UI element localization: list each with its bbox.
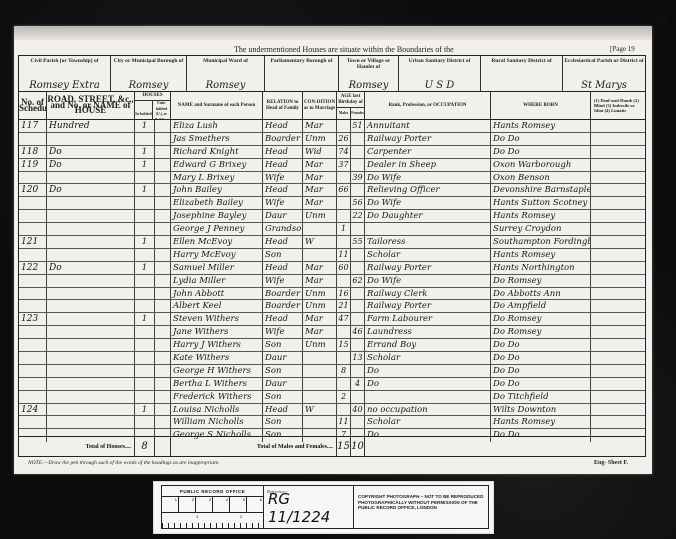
road-name: Do	[47, 184, 135, 196]
road-name	[47, 236, 135, 248]
road-name	[47, 249, 135, 261]
table-row: Frederick WithersSon2Do Titchfield	[19, 391, 645, 404]
person-name: Bertha L Withers	[171, 378, 263, 390]
age-female	[351, 288, 365, 300]
occupation: Errand Boy	[365, 339, 491, 351]
infirmity	[591, 133, 645, 145]
infirmity	[591, 313, 645, 325]
inhabited-count	[135, 352, 155, 364]
relation: Wife	[263, 326, 303, 338]
occupation: Relieving Officer	[365, 184, 491, 196]
col-uninhabited: Unin-habited (U.), or Building (B.)	[153, 101, 170, 119]
age-male	[337, 197, 351, 209]
road-name: Hundred	[47, 120, 135, 132]
age-female: 46	[351, 326, 365, 338]
infirmity	[591, 288, 645, 300]
age-male: 26	[337, 133, 351, 145]
occupation: Annuitant	[365, 120, 491, 132]
town-value: Romsey	[339, 83, 398, 89]
age-female	[351, 313, 365, 325]
road-name	[47, 404, 135, 416]
age-male	[337, 326, 351, 338]
age-male: 37	[337, 159, 351, 171]
inhabited-count	[135, 275, 155, 287]
urban-sanitary-value: U S D	[399, 83, 480, 89]
birthplace: Oxon Warborough	[491, 159, 591, 171]
age-male: 21	[337, 300, 351, 312]
table-row: 1211Ellen McEvoyHeadW55TailoressSouthamp…	[19, 236, 645, 249]
schedule-number: 123	[19, 313, 47, 325]
person-name: Jane Withers	[171, 326, 263, 338]
occupation: Do Wife	[365, 197, 491, 209]
person-name: Edward G Brixey	[171, 159, 263, 171]
table-row: Bertha L WithersDaur4DoDo Do	[19, 378, 645, 391]
schedule-number	[19, 326, 47, 338]
inhabited-count: 1	[135, 404, 155, 416]
infirmity	[591, 416, 645, 428]
col-occupation: Rank, Profession, or OCCUPATION	[365, 92, 491, 119]
age-male	[337, 404, 351, 416]
inhabited-count	[135, 210, 155, 222]
marital-condition: Mar	[303, 197, 337, 209]
col-schedule: No. of Schedule	[19, 92, 47, 119]
birthplace: Hants Romsey	[491, 249, 591, 261]
age-male: 74	[337, 146, 351, 158]
marital-condition	[303, 352, 337, 364]
person-name: John Abbott	[171, 288, 263, 300]
relation: Head	[263, 159, 303, 171]
relation: Head	[263, 313, 303, 325]
uninhabited-count	[155, 172, 171, 184]
schedule-number	[19, 365, 47, 377]
col-age: AGE last Birthday of Males Females	[337, 92, 365, 119]
birthplace: Surrey Croydon	[491, 223, 591, 235]
occupation: no occupation	[365, 404, 491, 416]
ward-value: Romsey	[187, 83, 264, 89]
road-name	[47, 352, 135, 364]
schedule-number	[19, 275, 47, 287]
birthplace: Wilts Downton	[491, 404, 591, 416]
schedule-number	[19, 197, 47, 209]
person-name: Richard Knight	[171, 146, 263, 158]
road-name	[47, 313, 135, 325]
age-male: 60	[337, 262, 351, 274]
birthplace: Do Romsey	[491, 275, 591, 287]
marital-condition: W	[303, 404, 337, 416]
occupation: Scholar	[365, 249, 491, 261]
relation: Son	[263, 416, 303, 428]
infirmity	[591, 365, 645, 377]
total-houses-value: 8	[141, 441, 147, 452]
inhabited-count: 1	[135, 184, 155, 196]
header-civil-parish: Civil Parish [or Township] of Romsey Ext…	[19, 56, 111, 91]
header-town: Town or Village or Hamlet of Romsey	[339, 56, 399, 91]
table-row: 1231Steven WithersHeadMar47Farm Labourer…	[19, 313, 645, 326]
age-male: 66	[337, 184, 351, 196]
schedule-number: 118	[19, 146, 47, 158]
infirmity	[591, 352, 645, 364]
road-name	[47, 391, 135, 403]
birthplace: Do Do	[491, 146, 591, 158]
birthplace: Do Romsey	[491, 313, 591, 325]
age-female	[351, 416, 365, 428]
occupation: Laundress	[365, 326, 491, 338]
uninhabited-count	[155, 288, 171, 300]
person-name: Louisa Nicholls	[171, 404, 263, 416]
schedule-number	[19, 391, 47, 403]
uninhabited-count	[155, 300, 171, 312]
marital-condition: Unm	[303, 210, 337, 222]
ecclesiastical-parish-value: St Marys	[563, 83, 645, 89]
inhabited-count	[135, 339, 155, 351]
cm-scale: 1 2 3 4 5 6	[162, 497, 263, 513]
person-name: Harry J Withers	[171, 339, 263, 351]
marital-condition: Mar	[303, 159, 337, 171]
borough-value: Romsey	[111, 83, 186, 89]
marital-condition: Unm	[303, 133, 337, 145]
inhabited-count: 1	[135, 262, 155, 274]
occupation: Tailoress	[365, 236, 491, 248]
table-row: George H WithersSon8DoDo Do	[19, 365, 645, 378]
occupation: Railway Porter	[365, 300, 491, 312]
schedule-number	[19, 210, 47, 222]
inhabited-count	[135, 365, 155, 377]
inhabited-count	[135, 172, 155, 184]
road-name	[47, 300, 135, 312]
infirmity	[591, 249, 645, 261]
infirmity	[591, 339, 645, 351]
person-name: William Nicholls	[171, 416, 263, 428]
col-condition: CON-DITION as to Marriage	[303, 92, 337, 119]
schedule-number	[19, 249, 47, 261]
table-row: Elizabeth BaileyWifeMar56Do WifeHants Su…	[19, 197, 645, 210]
inhabited-count: 1	[135, 313, 155, 325]
header-borough: City or Municipal Borough of Romsey	[111, 56, 187, 91]
uninhabited-count	[155, 391, 171, 403]
census-table: No. of Schedule ROAD, STREET, &c., and N…	[18, 91, 646, 437]
inhabited-count	[135, 300, 155, 312]
uninhabited-count	[155, 404, 171, 416]
schedule-number	[19, 133, 47, 145]
marital-condition	[303, 365, 337, 377]
marital-condition: Mar	[303, 120, 337, 132]
road-name: Do	[47, 262, 135, 274]
infirmity	[591, 300, 645, 312]
birthplace: Do Romsey	[491, 326, 591, 338]
infirmity	[591, 391, 645, 403]
inch-scale: 1 2	[162, 513, 263, 528]
person-name: Elizabeth Bailey	[171, 197, 263, 209]
census-sheet: The undermentioned Houses are situate wi…	[14, 26, 652, 474]
schedule-number	[19, 416, 47, 428]
inhabited-count	[135, 288, 155, 300]
schedule-number	[19, 223, 47, 235]
person-name: Albert Keel	[171, 300, 263, 312]
age-female	[351, 184, 365, 196]
table-row: Jas SmethersBoarderUnm26Railway PorterDo…	[19, 133, 645, 146]
birthplace: Do Abbotts Ann	[491, 288, 591, 300]
age-male	[337, 236, 351, 248]
birthplace: Do Titchfield	[491, 391, 591, 403]
infirmity	[591, 146, 645, 158]
age-male	[337, 352, 351, 364]
table-row: William NichollsSon11ScholarHants Romsey	[19, 416, 645, 429]
infirmity	[591, 172, 645, 184]
person-name: John Bailey	[171, 184, 263, 196]
occupation	[365, 391, 491, 403]
marital-condition: Mar	[303, 184, 337, 196]
schedule-number	[19, 300, 47, 312]
totals-row: Total of Houses.... 8 Total of Males and…	[18, 437, 646, 457]
age-female: 22	[351, 210, 365, 222]
marital-condition: Unm	[303, 300, 337, 312]
census-rows: 117Hundred1Eliza LushHeadMar51AnnuitantH…	[19, 120, 645, 442]
birthplace: Hants Sutton Scotney	[491, 197, 591, 209]
header-urban-sanitary: Urban Sanitary District of U S D	[399, 56, 481, 91]
infirmity	[591, 378, 645, 390]
infirmity	[591, 197, 645, 209]
sheet-edge	[14, 26, 652, 40]
road-name	[47, 197, 135, 209]
occupation: Scholar	[365, 416, 491, 428]
col-name: NAME and Surname of each Person	[171, 92, 263, 119]
uninhabited-count	[155, 365, 171, 377]
age-female: 39	[351, 172, 365, 184]
marital-condition: W	[303, 236, 337, 248]
sheet-code: Eng- Sheet F.	[594, 460, 628, 466]
total-persons-label: Total of Males and Females....	[171, 437, 337, 456]
age-male	[337, 275, 351, 287]
schedule-number: 119	[19, 159, 47, 171]
road-name	[47, 172, 135, 184]
col-females: Females	[351, 108, 364, 119]
person-name: Eliza Lush	[171, 120, 263, 132]
birthplace: Do Do	[491, 133, 591, 145]
age-male: 15	[337, 339, 351, 351]
table-row: John AbbottBoarderUnm16Railway ClerkDo A…	[19, 288, 645, 301]
copyright-notice: COPYRIGHT PHOTOGRAPH – NOT TO BE REPRODU…	[354, 486, 488, 528]
uninhabited-count	[155, 339, 171, 351]
table-row: Harry McEvoySon11ScholarHants Romsey	[19, 249, 645, 262]
relation: Son	[263, 339, 303, 351]
age-female: 4	[351, 378, 365, 390]
civil-parish-value: Romsey Extra	[19, 83, 110, 89]
relation: Boarder	[263, 133, 303, 145]
person-name: George H Withers	[171, 365, 263, 377]
inhabited-count: 1	[135, 120, 155, 132]
infirmity	[591, 236, 645, 248]
inhabited-count	[135, 391, 155, 403]
relation: Wife	[263, 197, 303, 209]
relation: Son	[263, 249, 303, 261]
age-male: 11	[337, 416, 351, 428]
schedule-number	[19, 339, 47, 351]
age-female: 56	[351, 197, 365, 209]
birthplace: Do Do	[491, 352, 591, 364]
birthplace: Southampton Fordingbridge	[491, 236, 591, 248]
age-female	[351, 365, 365, 377]
table-row: Mary L BrixeyWifeMar39Do WifeOxon Benson	[19, 172, 645, 185]
table-row: Josephine BayleyDaurUnm22Do DaughterHant…	[19, 210, 645, 223]
relation: Son	[263, 391, 303, 403]
birthplace: Hants Romsey	[491, 210, 591, 222]
schedule-number: 117	[19, 120, 47, 132]
occupation: Railway Porter	[365, 262, 491, 274]
road-name	[47, 288, 135, 300]
marital-condition	[303, 249, 337, 261]
relation: Head	[263, 404, 303, 416]
road-name	[47, 339, 135, 351]
schedule-number: 124	[19, 404, 47, 416]
marital-condition: Wid	[303, 146, 337, 158]
inhabited-count	[135, 223, 155, 235]
age-male	[337, 378, 351, 390]
birthplace: Hants Northington	[491, 262, 591, 274]
relation: Wife	[263, 275, 303, 287]
road-name	[47, 223, 135, 235]
col-males: Males	[337, 108, 351, 119]
marital-condition: Unm	[303, 339, 337, 351]
person-name: Kate Withers	[171, 352, 263, 364]
marital-condition: Mar	[303, 275, 337, 287]
inhabited-count	[135, 249, 155, 261]
road-name	[47, 133, 135, 145]
age-male: 8	[337, 365, 351, 377]
total-females: 10	[351, 441, 364, 452]
birthplace: Do Do	[491, 339, 591, 351]
uninhabited-count	[155, 262, 171, 274]
header-ecclesiastical-parish: Ecclesiastical Parish or District of St …	[563, 56, 645, 91]
relation: Son	[263, 365, 303, 377]
relation: Grandson	[263, 223, 303, 235]
occupation: Do Daughter	[365, 210, 491, 222]
inhabited-count	[135, 197, 155, 209]
person-name: Steven Withers	[171, 313, 263, 325]
relation: Boarder	[263, 300, 303, 312]
birthplace: Hants Romsey	[491, 120, 591, 132]
inhabited-count	[135, 133, 155, 145]
col-road: ROAD, STREET, &c., and No. or NAME of HO…	[47, 92, 135, 119]
marital-condition	[303, 391, 337, 403]
age-female	[351, 146, 365, 158]
table-row: Harry J WithersSonUnm15Errand BoyDo Do	[19, 339, 645, 352]
birthplace: Do Ampfield	[491, 300, 591, 312]
uninhabited-count	[155, 249, 171, 261]
total-houses-label: Total of Houses....	[19, 437, 135, 456]
person-name: George J Penney	[171, 223, 263, 235]
uninhabited-count	[155, 378, 171, 390]
col-infirmity: (1) Deaf-and-Dumb (2) Blind (3) Imbecile…	[591, 92, 645, 119]
relation: Head	[263, 262, 303, 274]
person-name: Jas Smethers	[171, 133, 263, 145]
occupation: Scholar	[365, 352, 491, 364]
col-where-born: WHERE BORN	[491, 92, 591, 119]
instruction-note: NOTE.—Draw the pen through such of the w…	[28, 460, 220, 466]
uninhabited-count	[155, 197, 171, 209]
header-ward: Municipal Ward of Romsey	[187, 56, 265, 91]
person-name: Samuel Miller	[171, 262, 263, 274]
table-row: 118Do1Richard KnightHeadWid74CarpenterDo…	[19, 146, 645, 159]
age-female	[351, 391, 365, 403]
infirmity	[591, 326, 645, 338]
inhabited-count: 1	[135, 146, 155, 158]
col-inhabited: In-habited	[135, 101, 153, 119]
uninhabited-count	[155, 120, 171, 132]
table-row: George J PenneyGrandson1Surrey Croydon	[19, 223, 645, 236]
marital-condition: Mar	[303, 313, 337, 325]
occupation: Do	[365, 378, 491, 390]
age-male: 11	[337, 249, 351, 261]
road-name	[47, 326, 135, 338]
birthplace: Do Do	[491, 365, 591, 377]
person-name: Mary L Brixey	[171, 172, 263, 184]
uninhabited-count	[155, 326, 171, 338]
relation: Head	[263, 236, 303, 248]
person-name: Lydia Miller	[171, 275, 263, 287]
road-name	[47, 416, 135, 428]
occupation: Railway Porter	[365, 133, 491, 145]
road-name	[47, 365, 135, 377]
total-males: 15	[337, 441, 350, 452]
uninhabited-count	[155, 146, 171, 158]
infirmity	[591, 223, 645, 235]
relation: Daur	[263, 352, 303, 364]
age-female	[351, 159, 365, 171]
table-row: Kate WithersDaur13ScholarDo Do	[19, 352, 645, 365]
uninhabited-count	[155, 236, 171, 248]
occupation: Do Wife	[365, 172, 491, 184]
infirmity	[591, 210, 645, 222]
occupation: Carpenter	[365, 146, 491, 158]
uninhabited-count	[155, 416, 171, 428]
infirmity	[591, 404, 645, 416]
occupation: Do	[365, 365, 491, 377]
age-male	[337, 210, 351, 222]
marital-condition: Mar	[303, 172, 337, 184]
age-female	[351, 300, 365, 312]
relation: Daur	[263, 378, 303, 390]
schedule-number: 120	[19, 184, 47, 196]
person-name: Frederick Withers	[171, 391, 263, 403]
relation: Boarder	[263, 288, 303, 300]
schedule-number	[19, 352, 47, 364]
table-row: Jane WithersWifeMar46LaundressDo Romsey	[19, 326, 645, 339]
schedule-number	[19, 172, 47, 184]
page-tag: [Page 19	[610, 45, 635, 53]
marital-condition: Mar	[303, 262, 337, 274]
road-name	[47, 210, 135, 222]
col-houses: HOUSES In-habited Unin-habited (U.), or …	[135, 92, 171, 119]
infirmity	[591, 275, 645, 287]
relation: Daur	[263, 210, 303, 222]
reference-value: RG 11/1224	[268, 490, 353, 526]
age-male	[337, 120, 351, 132]
marital-condition: Unm	[303, 288, 337, 300]
road-name: Do	[47, 146, 135, 158]
infirmity	[591, 262, 645, 274]
header-rural-sanitary: Rural Sanitary District of	[481, 56, 563, 91]
age-female: 55	[351, 236, 365, 248]
person-name: Ellen McEvoy	[171, 236, 263, 248]
uninhabited-count	[155, 159, 171, 171]
person-name: Josephine Bayley	[171, 210, 263, 222]
table-row: 119Do1Edward G BrixeyHeadMar37Dealer in …	[19, 159, 645, 172]
marital-condition	[303, 378, 337, 390]
uninhabited-count	[155, 313, 171, 325]
age-male: 1	[337, 223, 351, 235]
road-name	[47, 378, 135, 390]
age-female	[351, 262, 365, 274]
